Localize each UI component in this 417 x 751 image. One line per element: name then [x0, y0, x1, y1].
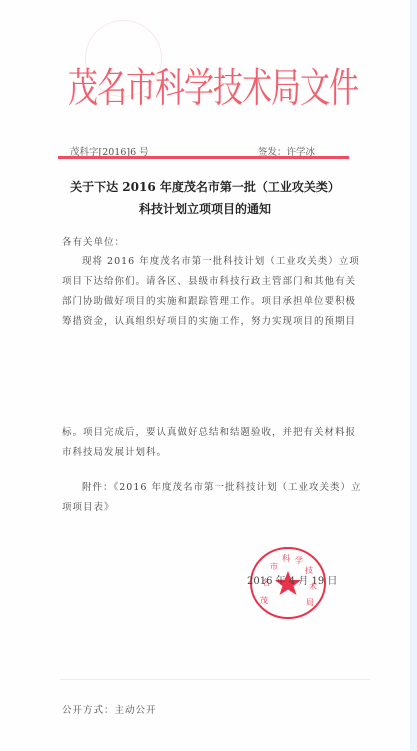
- issuer-header: 茂名市科学技术局文件: [68, 54, 348, 113]
- svg-text:茂: 茂: [260, 595, 268, 605]
- paragraph-line: 项目下达给你们。请各区、县级市科技行政主管部门和其他有关: [62, 272, 362, 292]
- attachment-note: 附件：《2016 年度茂名市第一批科技计划（工业攻关类）立 项项目表》: [62, 478, 362, 518]
- attachment-line: 附件：《2016 年度茂名市第一批科技计划（工业攻关类）立: [62, 478, 362, 498]
- svg-text:学: 学: [295, 555, 303, 565]
- page-edge: [410, 0, 417, 751]
- svg-text:科: 科: [282, 553, 290, 563]
- document-page: 茂名市科学技术局文件 茂科字[2016]6 号 签发：许学冰 关于下达 2016…: [0, 0, 410, 751]
- paragraph-line: 市科技局发展计划科。: [62, 443, 362, 463]
- attachment-line: 项项目表》: [62, 498, 362, 518]
- paragraph-line: 筹措资金，认真组织好项目的实施工作，努力实现项目的预期目: [62, 312, 362, 332]
- salutation: 各有关单位：: [62, 233, 362, 253]
- issue-date: 2016 年 4 月 19 日: [247, 572, 337, 587]
- document-title-line-1: 关于下达 2016 年度茂名市第一批（工业攻关类）: [0, 178, 410, 195]
- paragraph-line: 部门协助做好项目的实施和跟踪管理工作。项目承担单位要积极: [62, 292, 362, 312]
- svg-text:局: 局: [306, 598, 314, 607]
- disclosure-method: 公开方式：主动公开: [62, 702, 157, 716]
- paragraph-line: 现将 2016 年度茂名市第一批科技计划（工业攻关类）立项: [62, 252, 362, 272]
- svg-text:市: 市: [270, 561, 278, 571]
- paragraph-line: 标。项目完成后，要认真做好总结和结题验收，并把有关材料报: [62, 423, 362, 443]
- document-title-line-2: 科技计划立项项目的通知: [0, 200, 410, 217]
- paragraph-2: 标。项目完成后，要认真做好总结和结题验收，并把有关材料报 市科技局发展计划科。: [62, 423, 362, 463]
- red-divider: [58, 156, 349, 159]
- paragraph-1: 现将 2016 年度茂名市第一批科技计划（工业攻关类）立项 项目下达给你们。请各…: [62, 252, 362, 332]
- bleed-through-rule: [60, 679, 370, 680]
